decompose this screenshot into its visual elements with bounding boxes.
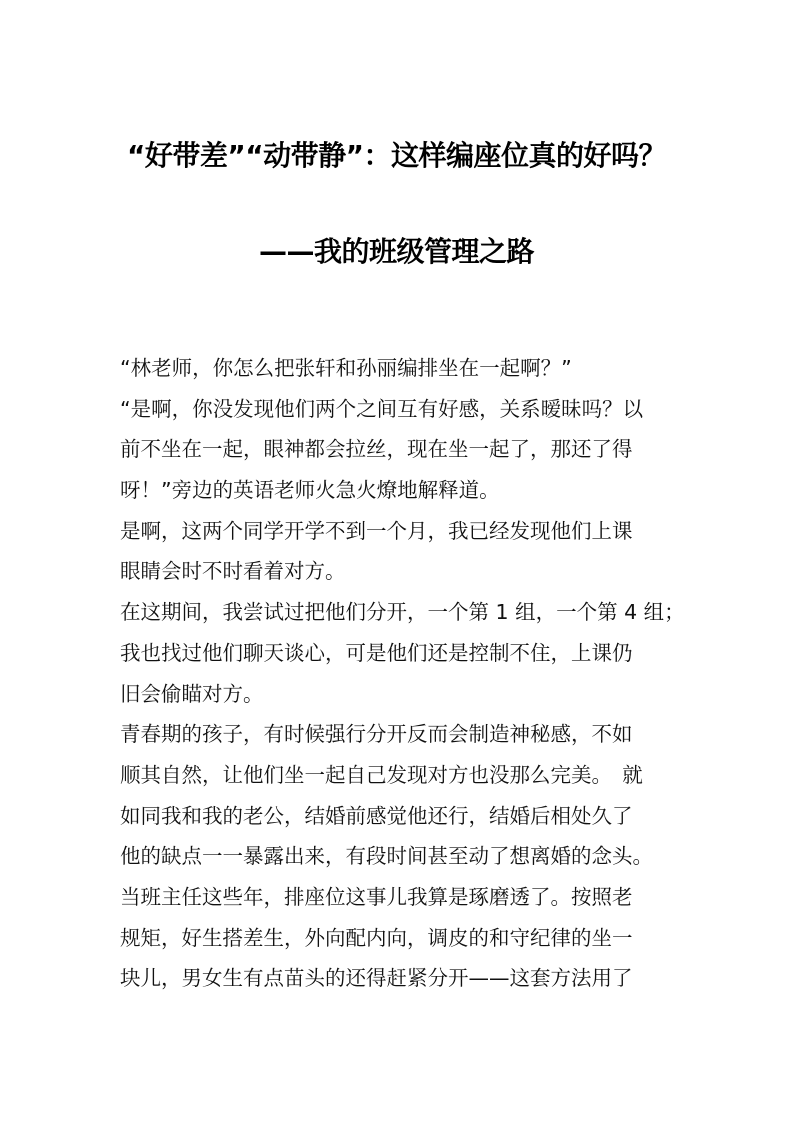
body-line: 在这期间，我尝试过把他们分开，一个第 1 组，一个第 4 组； <box>120 592 700 633</box>
body-line: 眼睛会时不时看着对方。 <box>120 551 700 592</box>
document-page: “好带差”“动带静”：这样编座位真的好吗？ ——我的班级管理之路 “林老师，你怎… <box>0 0 793 1122</box>
body-line: 我也找过他们聊天谈心，可是他们还是控制不住，上课仍 <box>120 633 700 674</box>
body-line: 当班主任这些年，排座位这事儿我算是琢磨透了。按照老 <box>120 877 700 918</box>
body-line: 旧会偷瞄对方。 <box>120 674 700 715</box>
body-line: 前不坐在一起，眼神都会拉丝，现在坐一起了，那还了得 <box>120 429 700 470</box>
body-line: 青春期的孩子，有时候强行分开反而会制造神秘感，不如 <box>120 714 700 755</box>
body-line: 他的缺点一一暴露出来，有段时间甚至动了想离婚的念头。 <box>120 836 700 877</box>
body-line: “是啊，你没发现他们两个之间互有好感，关系暧昧吗？以 <box>120 389 700 430</box>
document-title: “好带差”“动带静”：这样编座位真的好吗？ <box>0 134 793 174</box>
body-line: 块儿，男女生有点苗头的还得赶紧分开——这套方法用了 <box>120 958 700 999</box>
body-line: 如同我和我的老公，结婚前感觉他还行，结婚后相处久了 <box>120 796 700 837</box>
body-line: 是啊，这两个同学开学不到一个月，我已经发现他们上课 <box>120 511 700 552</box>
body-line: 规矩，好生搭差生，外向配内向，调皮的和守纪律的坐一 <box>120 918 700 959</box>
body-line: 呀！”旁边的英语老师火急火燎地解释道。 <box>120 470 700 511</box>
document-body: “林老师，你怎么把张轩和孙丽编排坐在一起啊？” “是啊，你没发现他们两个之间互有… <box>120 348 700 999</box>
body-line: “林老师，你怎么把张轩和孙丽编排坐在一起啊？” <box>120 348 700 389</box>
body-line: 顺其自然，让他们坐一起自己发现对方也没那么完美。 就 <box>120 755 700 796</box>
document-subtitle: ——我的班级管理之路 <box>0 230 793 270</box>
